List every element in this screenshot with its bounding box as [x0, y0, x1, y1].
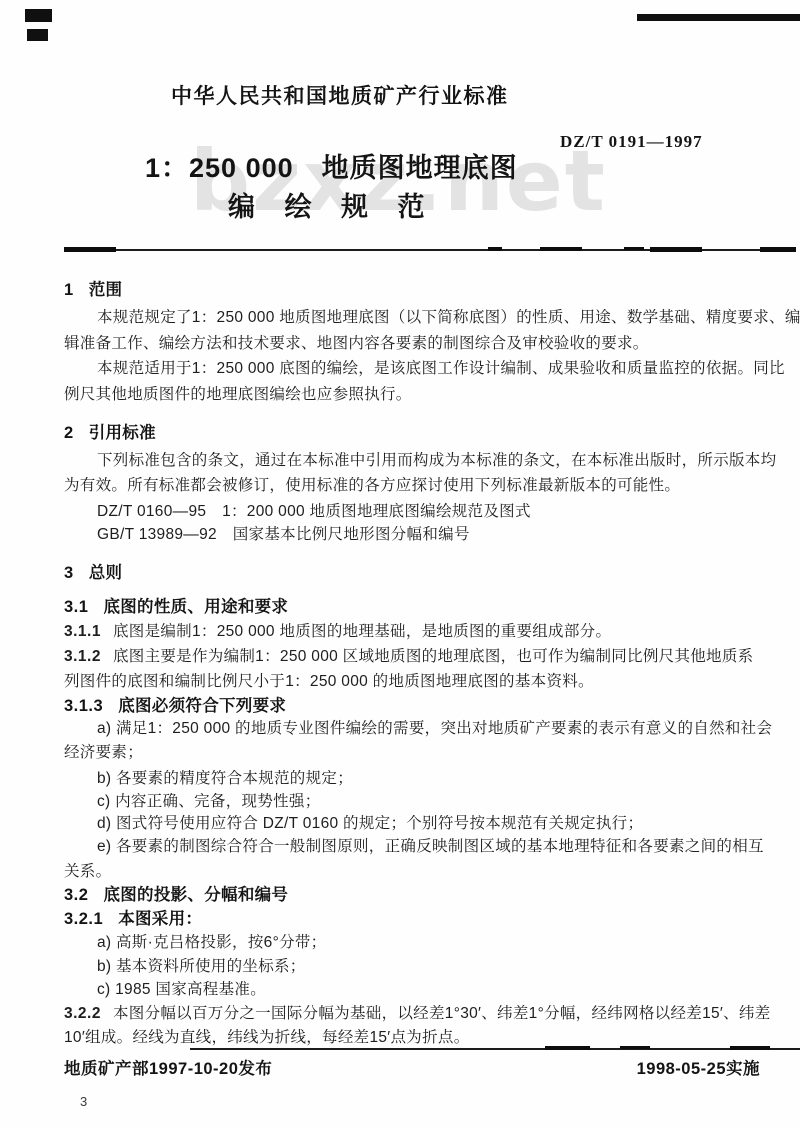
body-line: 10′组成。经线为直线，纬线为折线，每经差15′点为折点。	[64, 1029, 470, 1047]
clause-number: 3.2.2	[64, 1005, 101, 1022]
body-line: b) 各要素的精度符合本规范的规定；	[97, 770, 353, 788]
body-line: 3.1.3底图必须符合下列要求	[64, 697, 286, 716]
clause-text: c) 内容正确、完备，现势性强；	[97, 793, 321, 810]
clause-text: 例尺其他地质图件的地理底图编绘也应参照执行。	[64, 386, 412, 403]
body-line: 例尺其他地质图件的地理底图编绘也应参照执行。	[64, 386, 412, 404]
body-line: DZ/T 0160—95 1：200 000 地质图地理底图编绘规范及图式	[97, 503, 531, 521]
clause-number: 1	[64, 281, 74, 299]
clause-number: 3.1	[64, 598, 88, 616]
clause-number: 2	[64, 424, 74, 442]
document-title-line2: 编 绘 规 范	[228, 185, 436, 224]
clause-number: 3.1.3	[64, 697, 103, 715]
body-line: 3.2.2本图分幅以百万分之一国际分幅为基础，以经差1°30′、纬差1°分幅，经…	[64, 1005, 771, 1023]
body-line: 3.1.2底图主要是作为编制1：250 000 区域地质图的地理底图，也可作为编…	[64, 648, 753, 666]
body-line: 为有效。所有标准都会被修订，使用标准的各方应探讨使用下列标准最新版本的可能性。	[64, 477, 680, 495]
standard-org-line: 中华人民共和国地质矿产行业标准	[171, 80, 509, 110]
body-line: 本规范规定了1：250 000 地质图地理底图（以下简称底图）的性质、用途、数学…	[97, 309, 800, 327]
clause-text: 总则	[89, 564, 123, 582]
body-line: 本规范适用于1：250 000 底图的编绘，是该底图工作设计编制、成果验收和质量…	[97, 360, 785, 378]
body-line: c) 内容正确、完备，现势性强；	[97, 793, 321, 811]
body-line: 3.1底图的性质、用途和要求	[64, 598, 288, 617]
standard-number: DZ/T 0191—1997	[560, 132, 703, 152]
body-line: 辑准备工作、编绘方法和技术要求、地图内容各要素的制图综合及审校验收的要求。	[64, 335, 649, 353]
clause-text: 经济要素；	[64, 744, 143, 761]
body-line: 关系。	[64, 863, 111, 881]
clause-text: a) 高斯·克吕格投影，按6°分带；	[97, 934, 326, 951]
clause-text: d) 图式符号使用应符合 DZ/T 0160 的规定；个别符号按本规范有关规定执…	[97, 815, 643, 832]
clause-text: c) 1985 国家高程基准。	[97, 981, 266, 998]
body-line: e) 各要素的制图综合符合一般制图原则，正确反映制图区域的基本地理特征和各要素之…	[97, 838, 764, 856]
clause-text: b) 基本资料所使用的坐标系；	[97, 958, 306, 975]
clause-text: 辑准备工作、编绘方法和技术要求、地图内容各要素的制图综合及审校验收的要求。	[64, 335, 649, 352]
body-line: 3.1.1底图是编制1：250 000 地质图的地理基础，是地质图的重要组成部分…	[64, 623, 611, 641]
clause-text: 本图分幅以百万分之一国际分幅为基础，以经差1°30′、纬差1°分幅，经纬网格以经…	[113, 1005, 771, 1022]
footer-issued-date: 地质矿产部1997-10-20发布	[64, 1055, 272, 1079]
clause-text: a) 满足1：250 000 的地质专业图件编绘的需要，突出对地质矿产要素的表示…	[97, 720, 772, 737]
scanned-document-page: bzxz.net 中华人民共和国地质矿产行业标准 DZ/T 0191—1997 …	[0, 0, 800, 1127]
clause-number: 3	[64, 564, 74, 582]
body-line: 3总则	[64, 564, 122, 583]
clause-number: 3.1.2	[64, 648, 101, 665]
clause-text: 底图的性质、用途和要求	[103, 598, 288, 616]
clause-text: 底图主要是作为编制1：250 000 区域地质图的地理底图，也可作为编制同比例尺…	[113, 648, 753, 665]
clause-text: 列图件的底图和编制比例尺小于1：250 000 的地质图地理底图的基本资料。	[64, 673, 594, 690]
clause-text: 关系。	[64, 863, 111, 880]
clause-text: GB/T 13989—92 国家基本比例尺地形图分幅和编号	[97, 526, 470, 543]
body-line: 2引用标准	[64, 424, 156, 443]
body-line: d) 图式符号使用应符合 DZ/T 0160 的规定；个别符号按本规范有关规定执…	[97, 815, 643, 833]
body-line: 下列标准包含的条文，通过在本标准中引用而构成为本标准的条文，在本标准出版时，所示…	[97, 452, 776, 470]
clause-text: b) 各要素的精度符合本规范的规定；	[97, 770, 353, 787]
clause-text: 10′组成。经线为直线，纬线为折线，每经差15′点为折点。	[64, 1029, 470, 1046]
body-line: a) 高斯·克吕格投影，按6°分带；	[97, 934, 326, 952]
body-line: c) 1985 国家高程基准。	[97, 981, 266, 999]
clause-number: 3.2	[64, 886, 88, 904]
clause-text: 底图必须符合下列要求	[118, 697, 286, 715]
clause-text: 底图的投影、分幅和编号	[103, 886, 288, 904]
clause-text: 本规范适用于1：250 000 底图的编绘，是该底图工作设计编制、成果验收和质量…	[97, 360, 785, 377]
body-line: 经济要素；	[64, 744, 143, 762]
body-line: 3.2底图的投影、分幅和编号	[64, 886, 288, 905]
clause-text: 下列标准包含的条文，通过在本标准中引用而构成为本标准的条文，在本标准出版时，所示…	[97, 452, 776, 469]
clause-text: 范围	[89, 281, 123, 299]
body-line: 列图件的底图和编制比例尺小于1：250 000 的地质图地理底图的基本资料。	[64, 673, 594, 691]
clause-text: 本规范规定了1：250 000 地质图地理底图（以下简称底图）的性质、用途、数学…	[97, 309, 800, 326]
clause-number: 3.2.1	[64, 910, 103, 928]
body-line: 3.2.1本图采用：	[64, 910, 202, 929]
body-line: a) 满足1：250 000 的地质专业图件编绘的需要，突出对地质矿产要素的表示…	[97, 720, 772, 738]
clause-text: e) 各要素的制图综合符合一般制图原则，正确反映制图区域的基本地理特征和各要素之…	[97, 838, 764, 855]
clause-text: 本图采用：	[118, 910, 202, 928]
body-line: b) 基本资料所使用的坐标系；	[97, 958, 306, 976]
clause-text: 引用标准	[89, 424, 156, 442]
body-line: 1范围	[64, 281, 122, 300]
body-line: GB/T 13989—92 国家基本比例尺地形图分幅和编号	[97, 526, 470, 544]
clause-number: 3.1.1	[64, 623, 101, 640]
clause-text: 底图是编制1：250 000 地质图的地理基础，是地质图的重要组成部分。	[113, 623, 611, 640]
document-title-line1: 1：250 000 地质图地理底图	[145, 146, 518, 185]
clause-text: 为有效。所有标准都会被修订，使用标准的各方应探讨使用下列标准最新版本的可能性。	[64, 477, 680, 494]
clause-text: DZ/T 0160—95 1：200 000 地质图地理底图编绘规范及图式	[97, 503, 531, 520]
footer-effective-date: 1998-05-25实施	[637, 1055, 760, 1079]
